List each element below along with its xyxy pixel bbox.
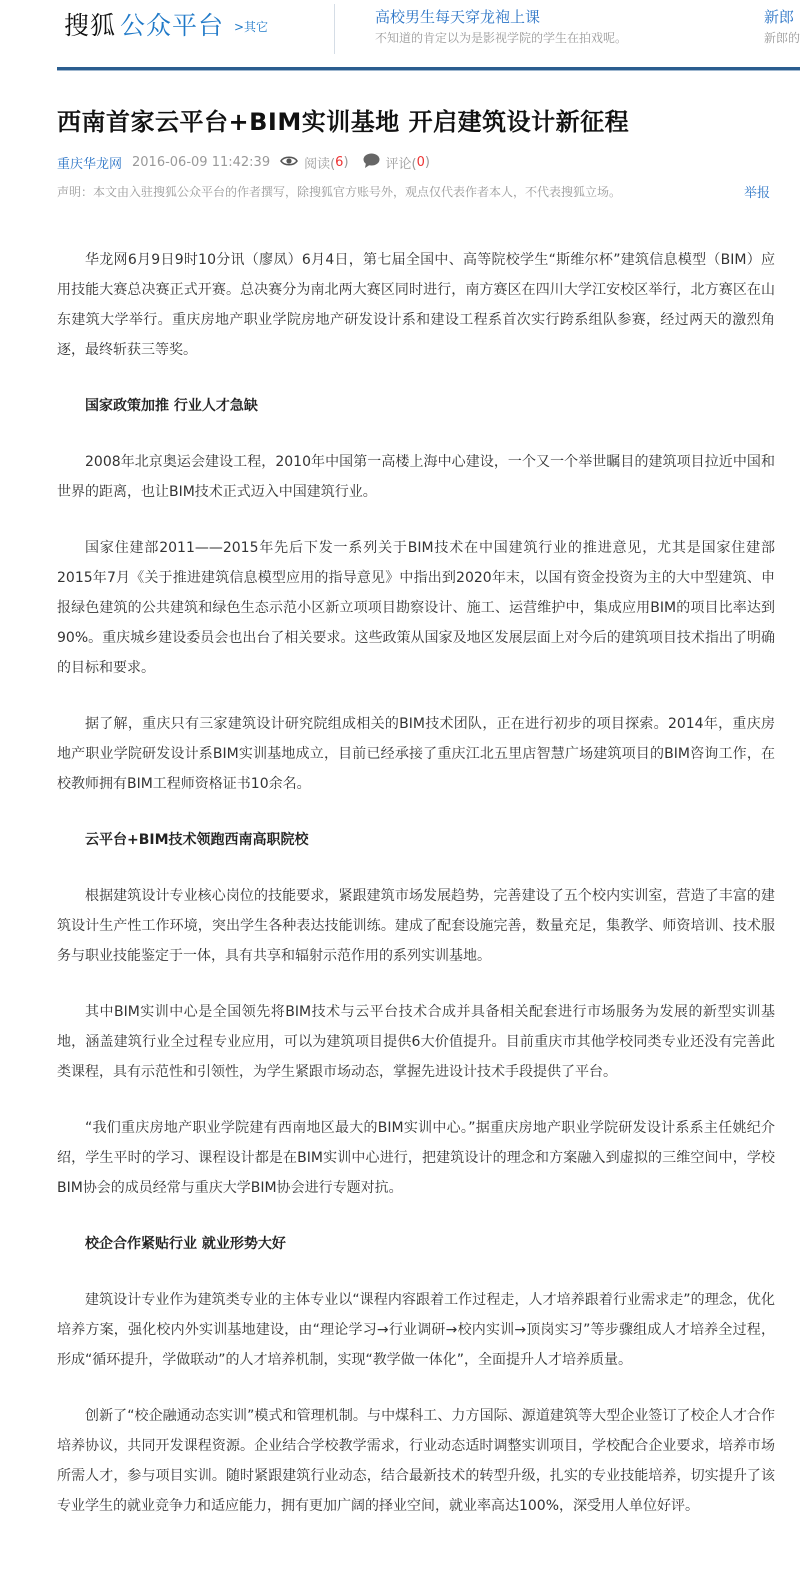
promo-item[interactable]: 高校男生每天穿龙袍上课 不知道的肯定以为是影视学院的学生在拍戏呢。	[375, 6, 735, 48]
article-meta: 重庆华龙网 2016-06-09 11:42:39 阅读(6) 评论(0)	[57, 153, 444, 172]
article-paragraph: 其中BIM实训中心是全国领先将BIM技术与云平台技术合成并具备相关配套进行市场服…	[57, 997, 775, 1087]
promo-desc: 新郎的	[764, 28, 800, 48]
section-heading: 校企合作紧贴行业 就业形势大好	[57, 1229, 775, 1259]
logo-sohu-text: 搜狐	[64, 11, 116, 40]
comment-count[interactable]: 评论(0)	[363, 153, 430, 172]
section-heading: 云平台+BIM技术领跑西南高职院校	[57, 825, 775, 855]
promo-title[interactable]: 高校男生每天穿龙袍上课	[375, 6, 735, 28]
article-title: 西南首家云平台+BIM实训基地 开启建筑设计新征程	[57, 102, 629, 137]
other-link[interactable]: >其它	[234, 18, 268, 35]
article-paragraph: 华龙网6月9日9时10分讯（廖凤）6月4日，第七届全国中、高等院校学生“斯维尔杯…	[57, 245, 775, 365]
promo-desc: 不知道的肯定以为是影视学院的学生在拍戏呢。	[375, 28, 735, 48]
promo-title[interactable]: 新郎	[764, 6, 800, 28]
comment-count-value: 0	[417, 155, 425, 170]
header-divider	[334, 4, 335, 54]
logo-platform-text: 公众平台	[120, 11, 224, 40]
sohu-platform-logo[interactable]: 搜狐公众平台	[64, 6, 224, 46]
header-rule	[57, 67, 800, 70]
article-paragraph: “我们重庆房地产职业学院建有西南地区最大的BIM实训中心。”据重庆房地产职业学院…	[57, 1113, 775, 1203]
article-source-link[interactable]: 重庆华龙网	[57, 153, 122, 172]
eye-icon	[280, 155, 298, 171]
article-paragraph: 国家住建部2011——2015年先后下发一系列关于BIM技术在中国建筑行业的推进…	[57, 533, 775, 683]
article-datetime: 2016-06-09 11:42:39	[132, 155, 270, 170]
top-bar: 搜狐公众平台 >其它 高校男生每天穿龙袍上课 不知道的肯定以为是影视学院的学生在…	[0, 0, 800, 72]
article-paragraph: 据了解，重庆只有三家建筑设计研究院组成相关的BIM技术团队，正在进行初步的项目探…	[57, 709, 775, 799]
article-paragraph: 根据建筑设计专业核心岗位的技能要求，紧跟建筑市场发展趋势，完善建设了五个校内实训…	[57, 881, 775, 971]
article-paragraph: 建筑设计专业作为建筑类专业的主体专业以“课程内容跟着工作过程走，人才培养跟着行业…	[57, 1285, 775, 1375]
article-paragraph: 创新了“校企融通动态实训”模式和管理机制。与中煤科工、力方国际、源道建筑等大型企…	[57, 1401, 775, 1521]
comment-bubble-icon	[363, 153, 380, 172]
report-link[interactable]: 举报	[744, 182, 770, 201]
article-body: 华龙网6月9日9时10分讯（廖凤）6月4日，第七届全国中、高等院校学生“斯维尔杯…	[57, 245, 775, 1547]
read-count-value: 6	[335, 155, 343, 170]
disclaimer-text: 声明：本文由入驻搜狐公众平台的作者撰写，除搜狐官方账号外，观点仅代表作者本人，不…	[57, 183, 621, 200]
promo-item[interactable]: 新郎 新郎的	[764, 6, 800, 48]
section-heading: 国家政策加推 行业人才急缺	[57, 391, 775, 421]
article-paragraph: 2008年北京奥运会建设工程，2010年中国第一高楼上海中心建设，一个又一个举世…	[57, 447, 775, 507]
read-count: 阅读(6)	[280, 153, 348, 172]
